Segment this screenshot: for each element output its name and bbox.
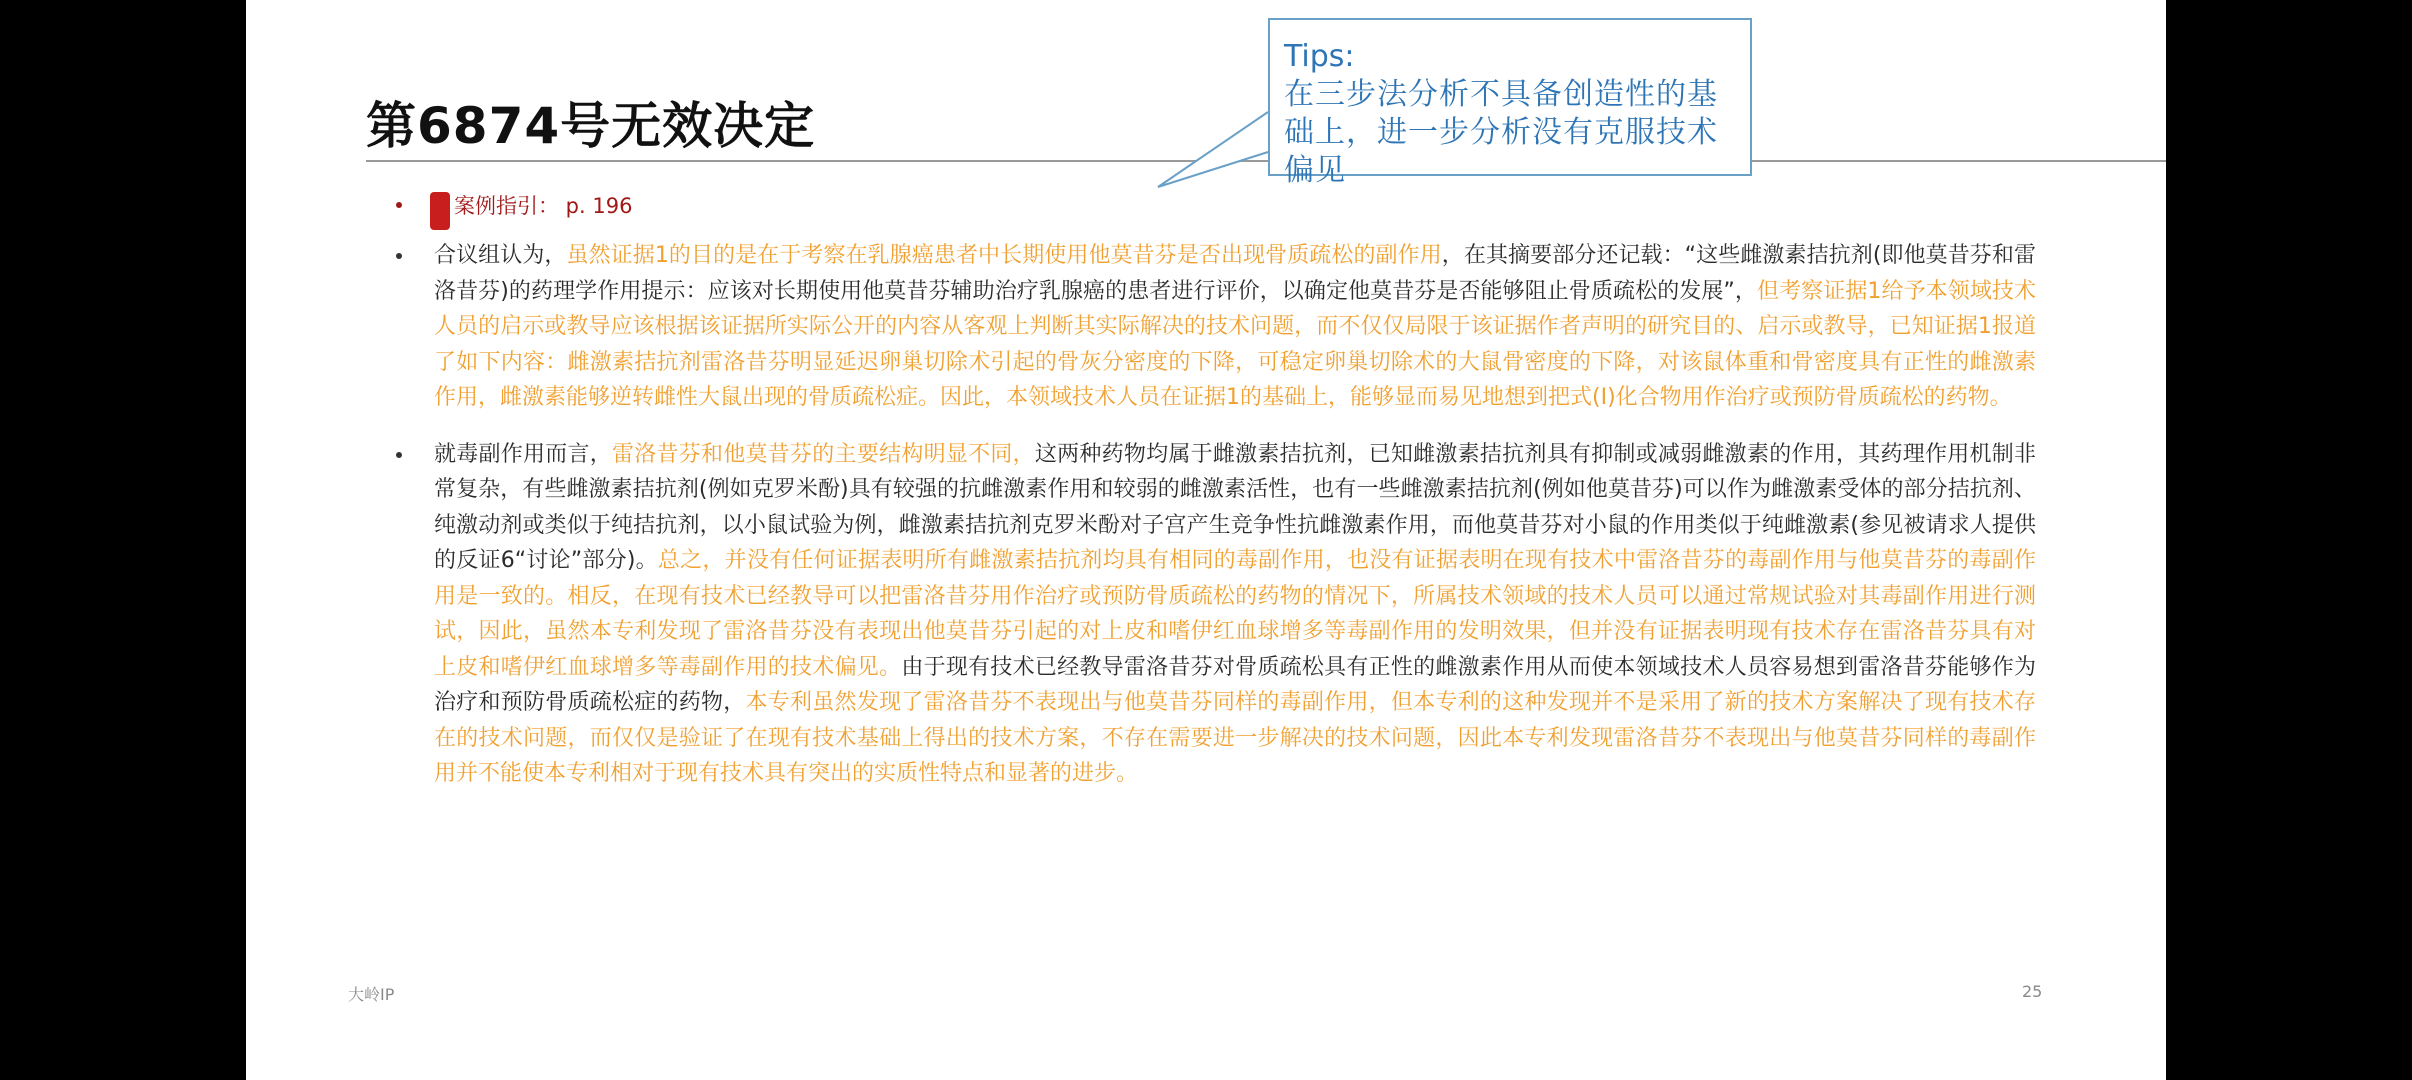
footer-brand: 大岭IP	[348, 982, 394, 1005]
highlighted-text: 雷洛昔芬和他莫昔芬的主要结构明显不同，	[612, 442, 1035, 467]
page-number: 25	[2022, 982, 2042, 1001]
case-guide: 案例指引： p. 196	[396, 186, 632, 224]
case-guide-label: 案例指引： p. 196	[454, 190, 632, 220]
slide-title: 第6874号无效决定	[366, 86, 815, 158]
tips-callout: Tips: 在三步法分析不具备创造性的基础上，进一步分析没有克服技术偏见	[1268, 18, 1752, 176]
paragraph-2: 就毒副作用而言，雷洛昔芬和他莫昔芬的主要结构明显不同，这两种药物均属于雌激素拮抗…	[396, 437, 2036, 792]
bullet	[396, 202, 402, 208]
bullet	[396, 253, 402, 259]
bullet	[396, 452, 402, 458]
document-viewer: 第6874号无效决定 Tips: 在三步法分析不具备创造性的基础上，进一步分析没…	[0, 0, 2412, 1080]
tips-label: Tips:	[1284, 38, 1734, 76]
highlighted-text: 虽然证据1的目的是在于考察在乳腺癌患者中长期使用他莫昔芬是否出现骨质疏松的副作用	[567, 243, 1442, 268]
slide: 第6874号无效决定 Tips: 在三步法分析不具备创造性的基础上，进一步分析没…	[246, 0, 2166, 1080]
tips-body: 在三步法分析不具备创造性的基础上，进一步分析没有克服技术偏见	[1284, 76, 1734, 190]
slide-content: 合议组认为，虽然证据1的目的是在于考察在乳腺癌患者中长期使用他莫昔芬是否出现骨质…	[396, 238, 2036, 813]
paragraph-1: 合议组认为，虽然证据1的目的是在于考察在乳腺癌患者中长期使用他莫昔芬是否出现骨质…	[396, 238, 2036, 416]
title-divider	[366, 160, 2166, 162]
book-icon	[430, 192, 450, 230]
text-segment: 合议组认为，	[434, 243, 567, 268]
text-segment: 就毒副作用而言，	[434, 442, 612, 467]
